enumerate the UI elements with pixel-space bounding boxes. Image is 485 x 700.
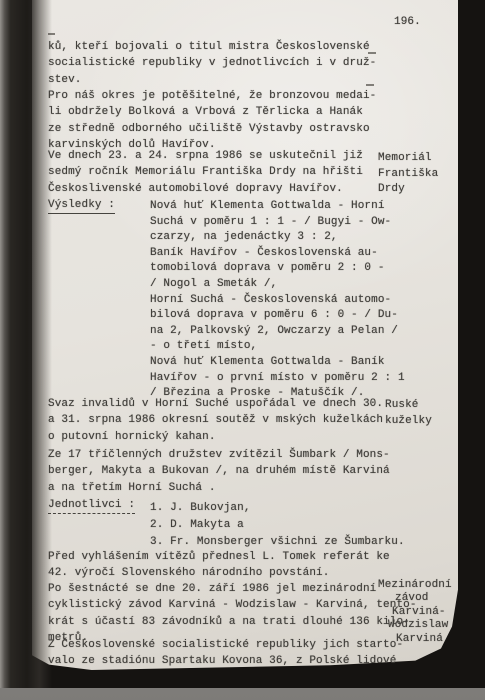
text-line: Pro náš okres je potěšitelné, že bronzov… (48, 88, 376, 104)
text-line: bilová doprava v poměru 6 : 0 - / Du- (150, 308, 405, 324)
text-line: Ze 17 tříčlenných družstev zvítězil Šumb… (48, 447, 390, 463)
text-line: Františka (378, 167, 438, 183)
individuals-heading-label: Jednotlivci : (48, 497, 135, 514)
text-line: Českoslivenské automobilové dopravy Haví… (48, 181, 363, 197)
text-line: 3. Fr. Monsberger všichni ze Šumbarku. (150, 534, 405, 551)
text-line: Wodzislaw (388, 619, 452, 632)
text-line: a 31. srpna 1986 okresní soutěž v mských… (48, 412, 383, 428)
paragraph-memorial: Ve dnech 23. a 24. srpna 1986 se uskuteč… (48, 148, 363, 197)
text-line: Z Československé socialistické republiky… (48, 637, 403, 653)
text-line: ků, kteří bojovali o titul mistra Českos… (48, 39, 376, 55)
text-line: Nová huť Klementa Gottwalda - Horní (150, 199, 405, 215)
paragraph-speech: Před vyhlášením vítězů přednesl L. Tomek… (48, 549, 390, 582)
text-line: 42. výročí Slovenského národního povstán… (48, 565, 390, 581)
individuals-heading: Jednotlivci : (48, 497, 135, 514)
text-line: sedmý ročník Memoriálu Františka Drdy na… (48, 164, 363, 180)
page-number: 196. (394, 14, 421, 30)
text-line: Nová huť Klementa Gottwalda - Baník (150, 355, 405, 371)
margin-note-race: MezinárodnízávodKarviná-WodzislawKarviná (378, 579, 452, 646)
text-line: valo ze stadiónu Spartaku Kovona 36, z P… (48, 653, 403, 669)
text-line: a na třetím Horní Suchá . (48, 480, 390, 496)
scanned-page: 196. ků, kteří bojovali o titul mistra Č… (0, 0, 485, 700)
individuals-list: 1. J. Bukovjan,2. D. Makyta a3. Fr. Mons… (150, 500, 405, 550)
paragraph-kuzelky: Svaz invalidů v Horní Suché uspořádal ve… (48, 396, 383, 445)
text-line: Ruské (385, 398, 432, 414)
text-line: závod (395, 592, 452, 605)
margin-note-memorial: MemoriálFrantiškaDrdy (378, 151, 438, 198)
text-line: czarzy, na jedenáctky 3 : 2, (150, 230, 405, 246)
text-line: Memoriál (378, 151, 438, 167)
text-line: stev. (48, 72, 376, 88)
text-line: kuželky (385, 414, 432, 430)
text-line: Mezinárodní (378, 579, 452, 592)
text-line: li obdržely Bolková a Vrbová z Těrlicka … (48, 104, 376, 120)
text-line: berger, Makyta a Bukovan /, na druhém mí… (48, 463, 390, 479)
text-line: - o třetí místo, (150, 339, 405, 355)
text-line: Před vyhlášením vítězů přednesl L. Tomek… (48, 549, 390, 565)
text-line: Suchá v poměru 1 : 1 - / Bugyi - Ow- (150, 215, 405, 231)
text-line: socialistické republiky v jednotlivcích … (48, 55, 376, 71)
results-list: Nová huť Klementa Gottwalda - HorníSuchá… (150, 199, 405, 402)
text-line: Drdy (378, 182, 438, 198)
text-line: Karviná (396, 633, 452, 646)
text-line: na 2, Palkovský 2, Owczarzy a Pelan / (150, 324, 405, 340)
text-line: o putovní hornický kahan. (48, 429, 383, 445)
text-line: cyklistický závod Karviná - Wodzislaw - … (48, 597, 417, 613)
paragraph-teams: Ze 17 tříčlenných družstev zvítězil Šumb… (48, 447, 390, 496)
text-line: Po šestnácté se dne 20. září 1986 jel me… (48, 581, 417, 597)
text-line: Karviná- (392, 606, 452, 619)
results-heading-label: Výsledky : (48, 197, 115, 214)
text-line: 1. J. Bukovjan, (150, 500, 405, 517)
text-line: Havířov - o první místo v poměru 2 : 1 (150, 371, 405, 387)
text-line: 2. D. Makyta a (150, 517, 405, 534)
paragraph-start: Z Československé socialistické republiky… (48, 637, 403, 670)
text-line: tomobilová doprava v poměru 2 : 0 - (150, 261, 405, 277)
text-line: / Nogol a Smeták /, (150, 277, 405, 293)
text-line: ze středně odborného učiliště Výstavby o… (48, 121, 376, 137)
text-line: Baník Havířov - Československá au- (150, 246, 405, 262)
text-line: Svaz invalidů v Horní Suché uspořádal ve… (48, 396, 383, 412)
paragraph-medals: Pro náš okres je potěšitelné, že bronzov… (48, 88, 376, 154)
text-line: krát s účastí 83 závodníků a na trati dl… (48, 614, 417, 630)
results-heading: Výsledky : (48, 197, 115, 214)
text-line: Ve dnech 23. a 24. srpna 1986 se uskuteč… (48, 148, 363, 164)
book-gutter-shadow (0, 0, 52, 688)
text-line: Horní Suchá - Československá automo- (150, 293, 405, 309)
margin-note-kuzelky: Ruskékuželky (385, 398, 432, 429)
paragraph-intro: ků, kteří bojovali o titul mistra Českos… (48, 39, 376, 88)
